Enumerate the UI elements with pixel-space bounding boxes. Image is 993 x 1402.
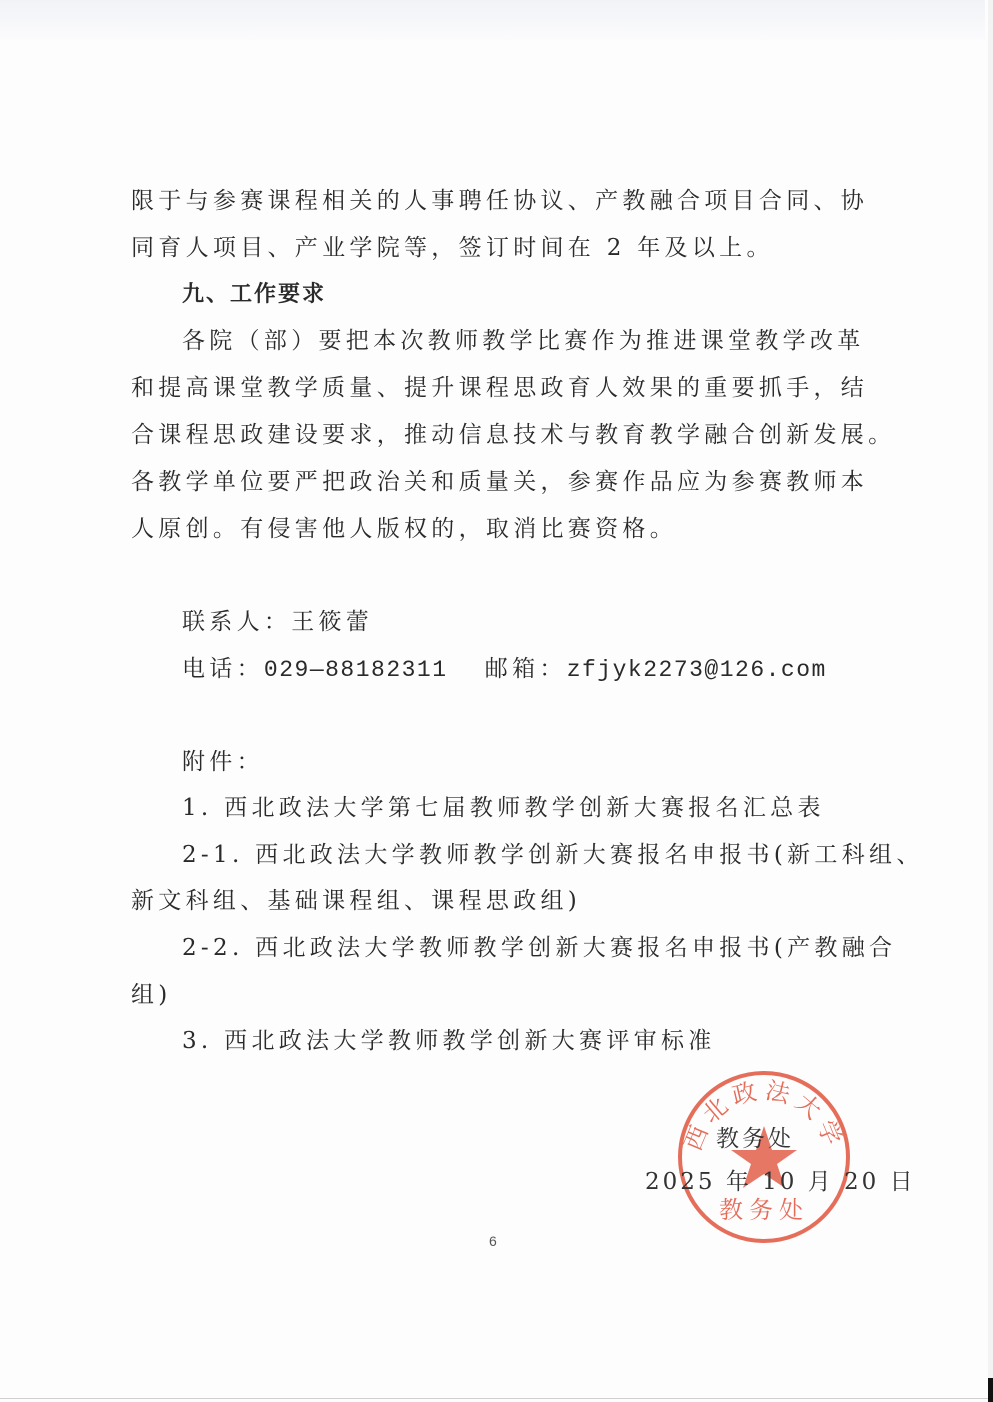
attachment-item: 3. 西北政法大学教师教学创新大赛评审标准 [182,1026,716,1056]
email-label: 邮箱： [485,656,567,682]
contact-person-name: 王筱蕾 [291,609,373,635]
issue-date: 2025 年 10 月 20 日 [645,1163,916,1196]
phone-number: 029—88182311 [264,657,448,683]
paragraph-line: 各院（部）要把本次教师教学比赛作为推进课堂教学改革 [182,326,865,356]
contact-phone-email: 电话：029—88182311 邮箱：zfjyk2273@126.com [182,654,827,685]
paragraph-line: 各教学单位要严把政治关和质量关，参赛作品应为参赛教师本 [131,467,868,497]
attachment-item-continued: 新文科组、基础课程组、课程思政组) [131,886,581,916]
page-bottom-edge [0,1398,988,1399]
paragraph-line: 合课程思政建设要求，推动信息技术与教育教学融合创新发展。 [131,420,895,450]
stamp-center-text: 教务处 [719,1196,809,1224]
attachment-item: 2-1. 西北政法大学教师教学创新大赛报名申报书(新工科组、 [182,840,924,870]
phone-label: 电话： [182,656,264,682]
attachments-label: 附件： [182,747,264,777]
issuer-name: 教务处 [716,1120,794,1153]
section-heading: 九、工作要求 [182,280,326,310]
paragraph-line: 限于与参赛课程相关的人事聘任协议、产教融合项目合同、协 [131,186,868,216]
paragraph-line: 同育人项目、产业学院等，签订时间在 2 年及以上。 [131,233,774,263]
paragraph-line: 人原创。有侵害他人版权的，取消比赛资格。 [131,514,677,544]
attachment-item: 2-2. 西北政法大学教师教学创新大赛报名申报书(产教融合 [182,933,896,963]
scan-edge-mark [988,1378,993,1402]
page-number: 6 [489,1233,497,1249]
paragraph-line: 和提高课堂教学质量、提升课程思政育人效果的重要抓手，结 [131,373,868,403]
page-right-edge [988,0,993,1402]
attachment-item: 1. 西北政法大学第七届教师教学创新大赛报名汇总表 [182,793,825,823]
document-page: 限于与参赛课程相关的人事聘任协议、产教融合项目合同、协 同育人项目、产业学院等，… [0,0,993,1402]
attachment-item-continued: 组) [131,980,172,1010]
contact-person: 联系人：王筱蕾 [182,607,373,637]
scan-top-shadow [0,0,985,40]
contact-person-label: 联系人： [182,609,291,635]
official-seal-stamp: 西北政法大学 教务处 [675,1068,853,1246]
email-address: zfjyk2273@126.com [567,657,827,683]
